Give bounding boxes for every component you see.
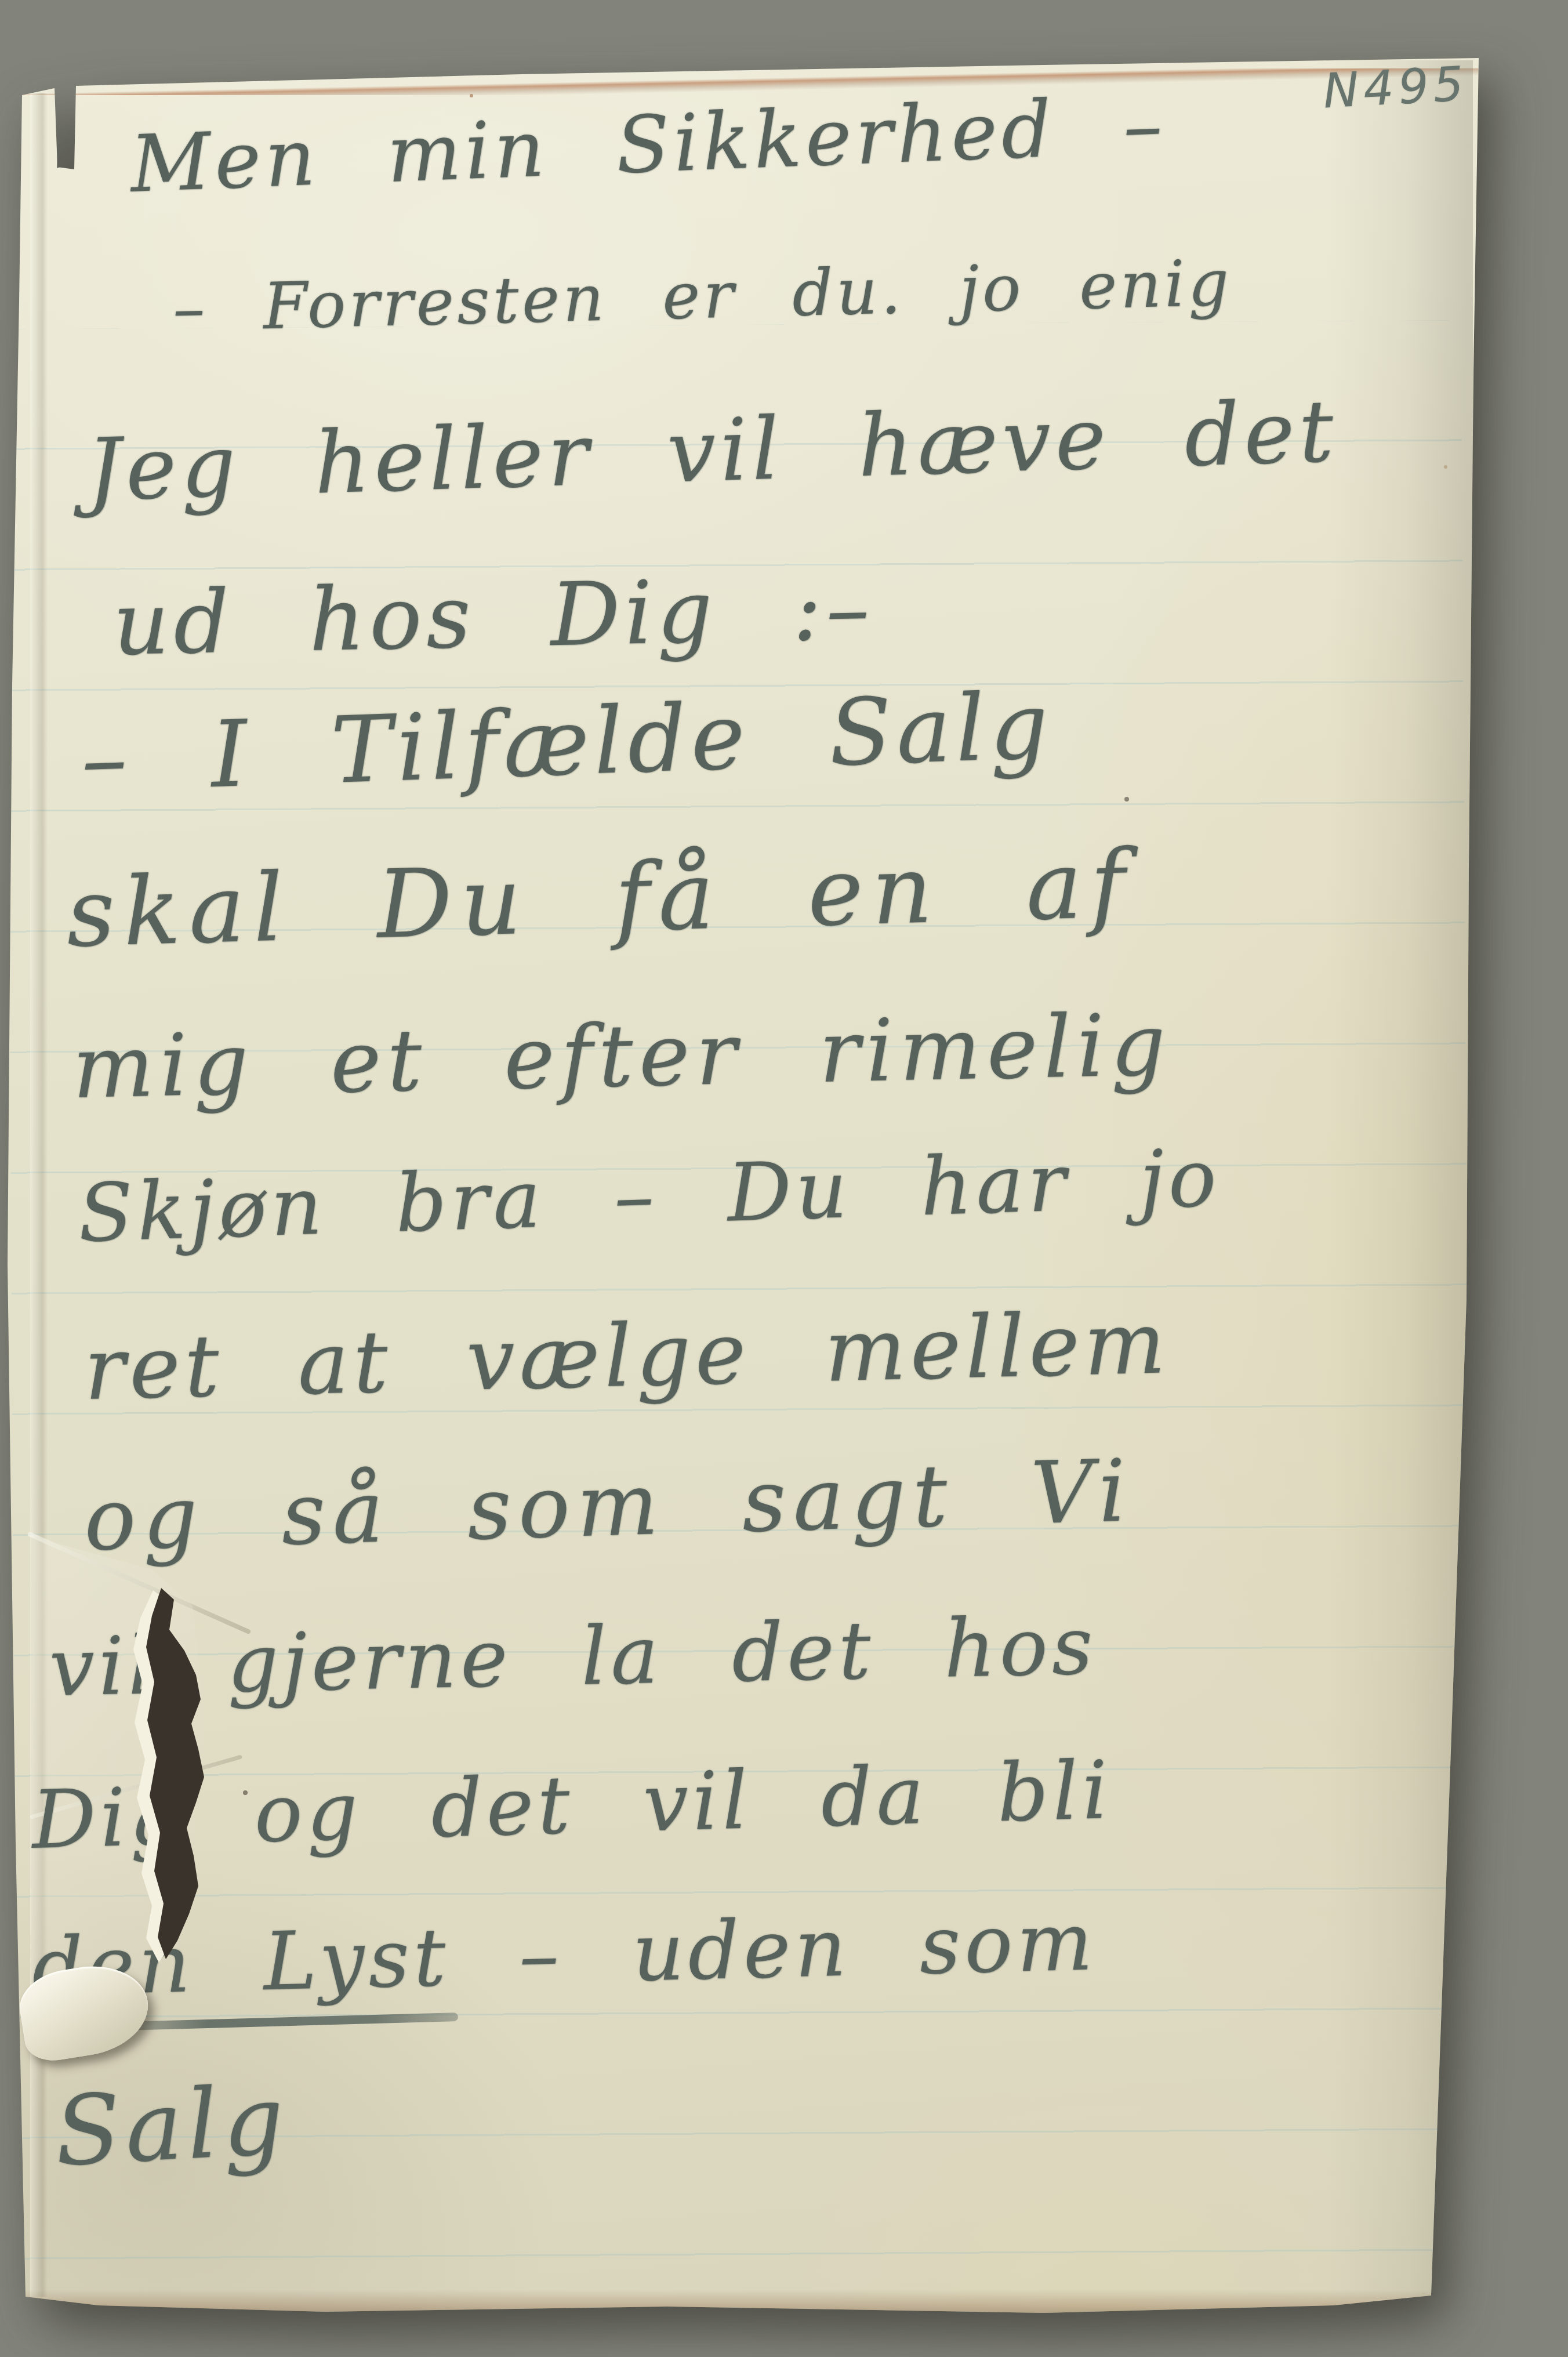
handwriting-line: Salg xyxy=(52,2064,291,2188)
handwriting-line: ud hos Dig :– xyxy=(112,559,874,675)
manuscript-page-wrapper: N495 Men min Sikkerhed – – Forresten er … xyxy=(0,0,1568,2357)
catalog-number: N495 xyxy=(1322,57,1469,119)
right-edge-crease xyxy=(1328,60,1473,2299)
handwriting-line: Men min Sikkerhed – xyxy=(129,79,1168,209)
top-edge-slit xyxy=(56,82,72,168)
dust-specks xyxy=(470,94,473,97)
manuscript-page: N495 Men min Sikkerhed – – Forresten er … xyxy=(0,0,1568,2357)
